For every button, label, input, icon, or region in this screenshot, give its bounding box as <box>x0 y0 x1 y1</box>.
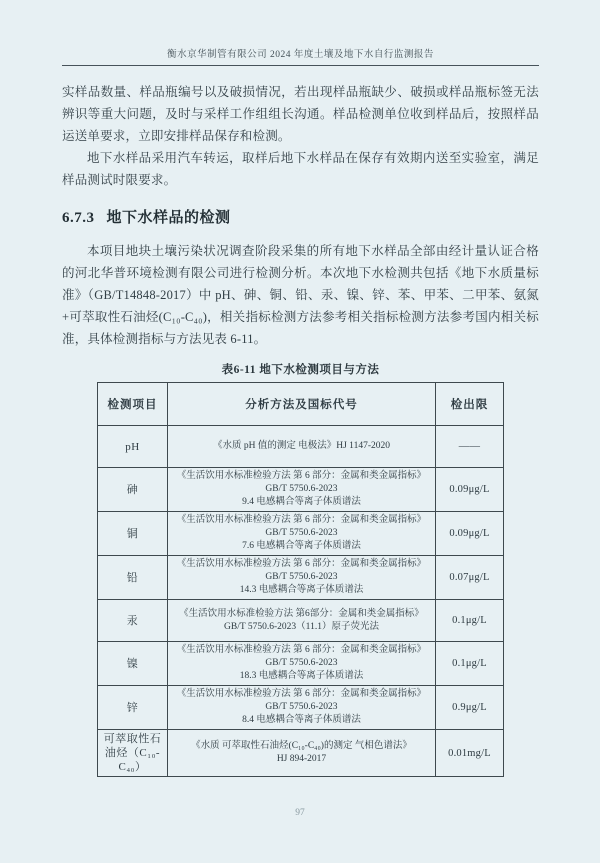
table-row-lead: 铅 《生活饮用水标准检验方法 第 6 部分：金属和类金属指标》 GB/T 575… <box>98 556 504 600</box>
method-cell: 《生活饮用水标准检验方法 第 6 部分：金属和类金属指标》 GB/T 5750.… <box>168 642 436 686</box>
method-line: GB/T 5750.6-2023 <box>172 657 431 670</box>
running-header: 衡水京华制管有限公司 2024 年度土壤及地下水自行监测报告 <box>62 46 539 66</box>
method-line: 18.3 电感耦合等离子体质谱法 <box>172 670 431 683</box>
method-line: 《生活饮用水标准检验方法 第 6 部分：金属和类金属指标》 <box>172 470 431 483</box>
paragraph-detection: 本项目地块土壤污染状况调查阶段采集的所有地下水样品全部由经计量认证合格的河北华普… <box>62 240 539 350</box>
method-cell: 《生活饮用水标准检验方法 第6部分：金属和类金属指标》GB/T 5750.6-2… <box>168 600 436 642</box>
item-cell: 铜 <box>98 512 168 556</box>
method-cell: 《生活饮用水标准检验方法 第 6 部分：金属和类金属指标》 GB/T 5750.… <box>168 512 436 556</box>
method-line: GB/T 5750.6-2023 <box>172 571 431 584</box>
method-line: GB/T 5750.6-2023 <box>172 527 431 540</box>
method-line: 《水质 pH 值的测定 电极法》HJ 1147-2020 <box>172 440 431 453</box>
header-method: 分析方法及国标代号 <box>168 383 436 426</box>
paragraph-transport: 地下水样品采用汽车转运，取样后地下水样品在保存有效期内送至实验室，满足样品测试时… <box>62 147 539 191</box>
section-heading: 6.7.3地下水样品的检测 <box>62 206 539 227</box>
header-item: 检测项目 <box>98 383 168 426</box>
item-cell: 可萃取性石油烃（C₁₀-C₄₀） <box>98 730 168 777</box>
method-line: 《生活饮用水标准检验方法 第 6 部分：金属和类金属指标》 <box>172 644 431 657</box>
section-number: 6.7.3 <box>62 210 95 226</box>
section-title: 地下水样品的检测 <box>107 210 231 226</box>
limit-cell: 0.09μg/L <box>436 468 504 512</box>
table-row-nickel: 镍 《生活饮用水标准检验方法 第 6 部分：金属和类金属指标》 GB/T 575… <box>98 642 504 686</box>
header-limit: 检出限 <box>436 383 504 426</box>
table-row-copper: 铜 《生活饮用水标准检验方法 第 6 部分：金属和类金属指标》 GB/T 575… <box>98 512 504 556</box>
table-header-row: 检测项目 分析方法及国标代号 检出限 <box>98 383 504 426</box>
method-cell: 《生活饮用水标准检验方法 第 6 部分：金属和类金属指标》 GB/T 5750.… <box>168 556 436 600</box>
table-row-arsenic: 砷 《生活饮用水标准检验方法 第 6 部分：金属和类金属指标》 GB/T 575… <box>98 468 504 512</box>
limit-cell: 0.1μg/L <box>436 642 504 686</box>
method-cell: 《水质 pH 值的测定 电极法》HJ 1147-2020 <box>168 426 436 468</box>
item-cell: 镍 <box>98 642 168 686</box>
method-line: HJ 894-2017 <box>172 753 431 766</box>
document-page: 衡水京华制管有限公司 2024 年度土壤及地下水自行监测报告 实样品数量、样品瓶… <box>0 0 600 863</box>
method-line: 7.6 电感耦合等离子体质谱法 <box>172 540 431 553</box>
method-line: 《生活饮用水标准检验方法 第 6 部分：金属和类金属指标》 <box>172 558 431 571</box>
method-line: 《生活饮用水标准检验方法 第 6 部分：金属和类金属指标》 <box>172 688 431 701</box>
method-line: GB/T 5750.6-2023 <box>172 701 431 714</box>
item-cell: 汞 <box>98 600 168 642</box>
table-row-zinc: 锌 《生活饮用水标准检验方法 第 6 部分：金属和类金属指标》 GB/T 575… <box>98 686 504 730</box>
method-line: 《生活饮用水标准检验方法 第6部分：金属和类金属指标》GB/T 5750.6-2… <box>172 608 431 634</box>
item-cell: 砷 <box>98 468 168 512</box>
page-number: 97 <box>0 808 600 818</box>
table-caption: 表6-11 地下水检测项目与方法 <box>62 361 539 377</box>
method-line: 《生活饮用水标准检验方法 第 6 部分：金属和类金属指标》 <box>172 514 431 527</box>
method-cell: 《生活饮用水标准检验方法 第 6 部分：金属和类金属指标》 GB/T 5750.… <box>168 686 436 730</box>
limit-cell: 0.09μg/L <box>436 512 504 556</box>
method-line: 《水质 可萃取性石油烃(C₁₀-C₄₀)的测定 气相色谱法》 <box>172 740 431 753</box>
item-cell: 铅 <box>98 556 168 600</box>
limit-cell: 0.07μg/L <box>436 556 504 600</box>
table-row-petroleum: 可萃取性石油烃（C₁₀-C₄₀） 《水质 可萃取性石油烃(C₁₀-C₄₀)的测定… <box>98 730 504 777</box>
paragraph-sample-check: 实样品数量、样品瓶编号以及破损情况，若出现样品瓶缺少、破损或样品瓶标签无法辨识等… <box>62 81 539 147</box>
item-cell: pH <box>98 426 168 468</box>
method-line: 9.4 电感耦合等离子体质谱法 <box>172 496 431 509</box>
limit-cell: —— <box>436 426 504 468</box>
method-line: GB/T 5750.6-2023 <box>172 483 431 496</box>
method-line: 14.3 电感耦合等离子体质谱法 <box>172 584 431 597</box>
method-line: 8.4 电感耦合等离子体质谱法 <box>172 714 431 727</box>
table-row-mercury: 汞 《生活饮用水标准检验方法 第6部分：金属和类金属指标》GB/T 5750.6… <box>98 600 504 642</box>
table-row-ph: pH 《水质 pH 值的测定 电极法》HJ 1147-2020 —— <box>98 426 504 468</box>
method-cell: 《水质 可萃取性石油烃(C₁₀-C₄₀)的测定 气相色谱法》 HJ 894-20… <box>168 730 436 777</box>
detection-methods-table: 检测项目 分析方法及国标代号 检出限 pH 《水质 pH 值的测定 电极法》HJ… <box>97 382 504 777</box>
limit-cell: 0.01mg/L <box>436 730 504 777</box>
limit-cell: 0.1μg/L <box>436 600 504 642</box>
item-cell: 锌 <box>98 686 168 730</box>
method-cell: 《生活饮用水标准检验方法 第 6 部分：金属和类金属指标》 GB/T 5750.… <box>168 468 436 512</box>
page-content: 衡水京华制管有限公司 2024 年度土壤及地下水自行监测报告 实样品数量、样品瓶… <box>62 46 539 777</box>
limit-cell: 0.9μg/L <box>436 686 504 730</box>
